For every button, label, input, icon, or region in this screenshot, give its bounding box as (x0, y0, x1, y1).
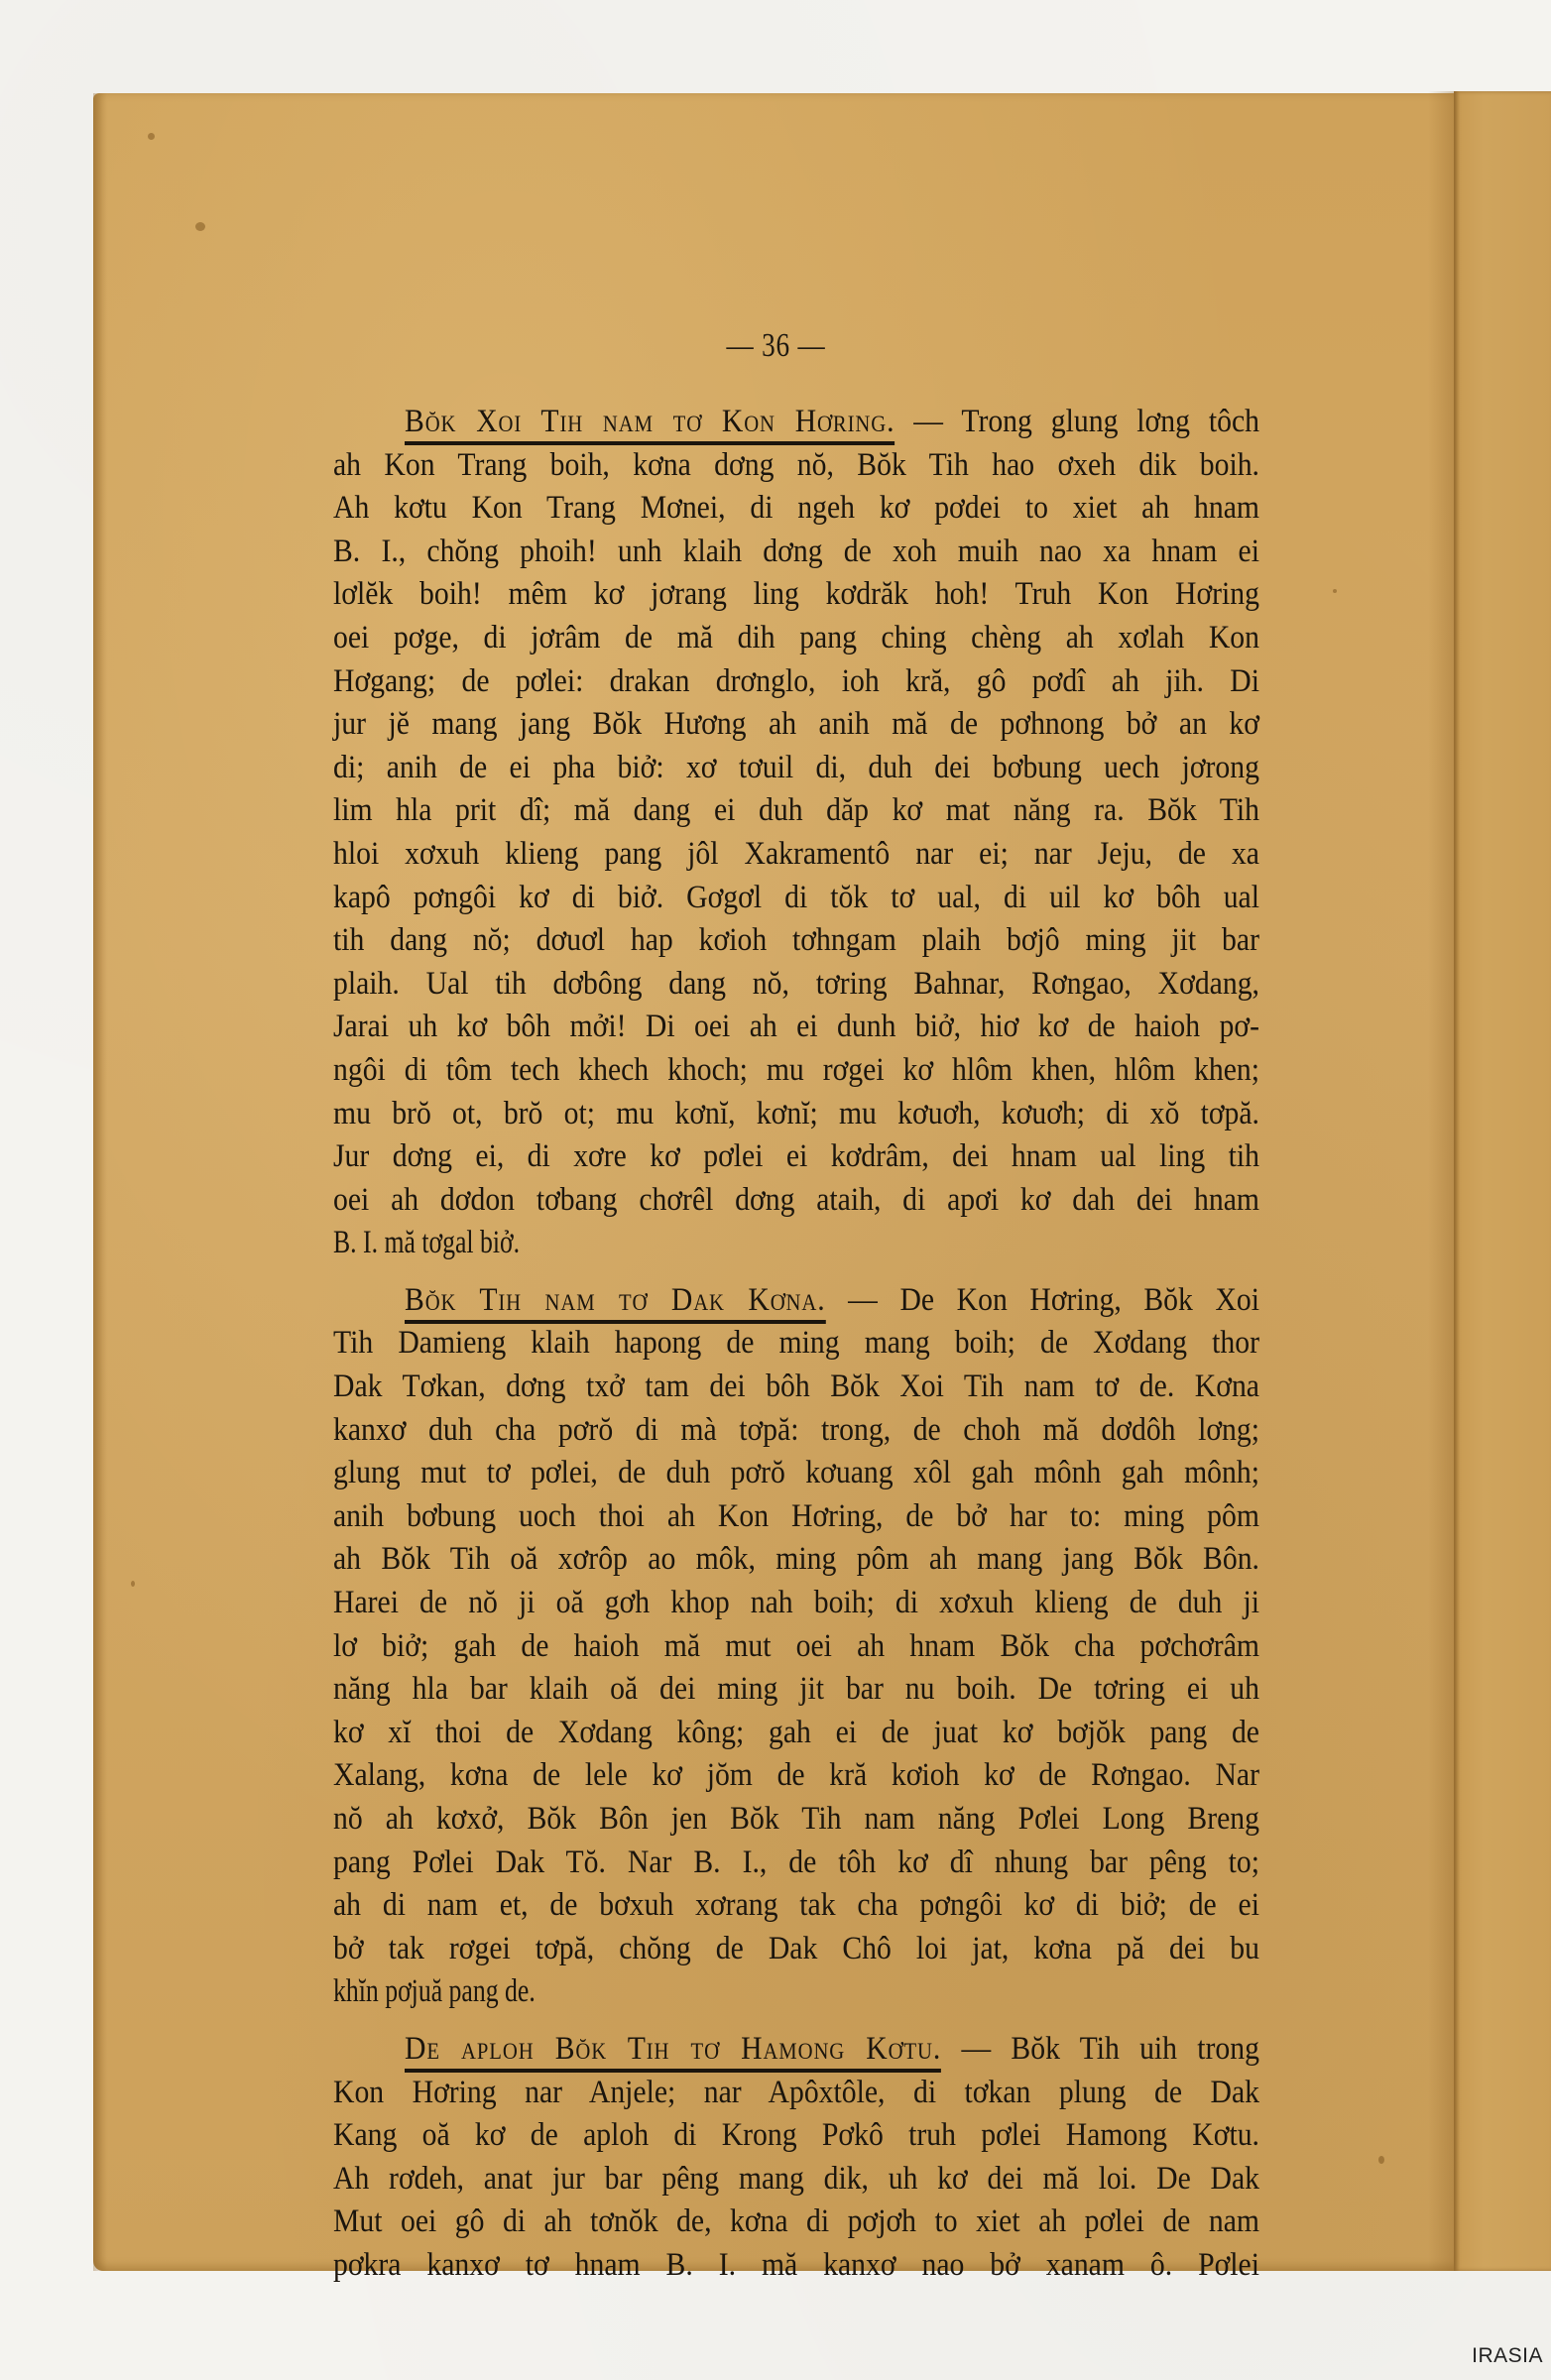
text-line: lim hla prit dî; mă dang ei duh dăp kơ m… (333, 789, 1259, 833)
text-line: jur jĕ mang jang Bŏk Hương ah anih mă de… (333, 703, 1259, 747)
text-line: oei ah dơdon tơbang chơrêl dơng ataih, d… (333, 1179, 1259, 1223)
text-line: lơ biở; gah de haioh mă mut oei ah hnam … (333, 1625, 1259, 1669)
section-heading: De aploh Bŏk Tih tơ Hamong Kơtu. (405, 2031, 941, 2073)
text-line: Ah rơdeh, anat jur bar pêng mang dik, uh… (333, 2158, 1259, 2201)
text-line: hloi xơxuh klieng pang jôl Xakramentô na… (333, 833, 1259, 877)
text-line: Kon Hơring nar Anjele; nar Apôxtôle, di … (333, 2072, 1259, 2115)
text-line: ah Bŏk Tih oă xơrôp ao môk, ming pôm ah … (333, 1538, 1259, 1582)
text-line: mu brŏ ot, brŏ ot; mu kơnĭ, kơnĭ; mu kơu… (333, 1093, 1259, 1136)
text-line: plaih. Ual tih dơbông dang nŏ, tơring Ba… (333, 963, 1259, 1007)
text-line: ah di nam et, de bơxuh xơrang tak cha pơ… (333, 1884, 1259, 1928)
text-line: B. I., chŏng phoih! unh klaih dơng de xo… (333, 531, 1259, 574)
foxing-spot (195, 222, 205, 231)
text-line: pơkra kanxơ tơ hnam B. I. mă kanxơ nao b… (333, 2244, 1259, 2288)
text-line: tih dang nŏ; dơuơl hap kơioh tơhngam pla… (333, 919, 1259, 963)
text-line: kơ xĭ thoi de Xơdang kông; gah ei de jua… (333, 1712, 1259, 1755)
section: Bŏk Xoi Tih nam tơ Kon Hơring. — Trong g… (333, 401, 1259, 1265)
section-heading: Bŏk Tih nam tơ Dak Kơna. (405, 1282, 826, 1324)
text-line: De aploh Bŏk Tih tơ Hamong Kơtu. — Bŏk T… (333, 2028, 1259, 2072)
text-line: Hơgang; de pơlei: drakan drơnglo, ioh kr… (333, 660, 1259, 704)
foxing-spot (1333, 589, 1337, 593)
text-line: Bŏk Tih nam tơ Dak Kơna. — De Kon Hơring… (333, 1279, 1259, 1323)
section: Bŏk Tih nam tơ Dak Kơna. — De Kon Hơring… (333, 1279, 1259, 2014)
watermark: IRASIA (1472, 2344, 1543, 2368)
text-line: pang Pơlei Dak Tŏ. Nar B. I., de tôh kơ … (333, 1842, 1259, 1885)
text-line: B. I. mă tơgal biở. (333, 1222, 1259, 1265)
text-line: glung mut tơ pơlei, de duh pơrŏ kơuang x… (333, 1452, 1259, 1495)
section: De aploh Bŏk Tih tơ Hamong Kơtu. — Bŏk T… (333, 2028, 1259, 2288)
text-line: ngôi di tôm tech khech khoch; mu rơgei k… (333, 1049, 1259, 1093)
foxing-spot (148, 133, 155, 140)
text-line: Mut oei gô di ah tơnŏk de, kơna di pơjơh… (333, 2201, 1259, 2244)
text-line: năng hla bar klaih oă dei ming jit bar n… (333, 1668, 1259, 1712)
text-line: kapô pơngôi kơ di biở. Gơgơl di tŏk tơ u… (333, 877, 1259, 920)
text-line: Dak Tơkan, dơng txở tam dei bôh Bŏk Xoi … (333, 1366, 1259, 1409)
text-line: anih bơbung uoch thoi ah Kon Hơring, de … (333, 1495, 1259, 1539)
page-left-edge (93, 93, 107, 2271)
text-line: Xalang, kơna de lele kơ jŏm de kră kơioh… (333, 1754, 1259, 1798)
body-text: Bŏk Xoi Tih nam tơ Kon Hơring. — Trong g… (333, 401, 1259, 2288)
text-line: oei pơge, di jơrâm de mă dih pang ching … (333, 617, 1259, 660)
text-line: kanxơ duh cha pơrŏ di mà tơpă: trong, de… (333, 1409, 1259, 1453)
text-line: khĭn pơjuă pang de. (333, 1970, 1259, 2014)
text-line: Tih Damieng klaih hapong de ming mang bo… (333, 1322, 1259, 1366)
text-line: Harei de nŏ ji oă gơh khop nah boih; di … (333, 1582, 1259, 1625)
text-line: lơlĕk boih! mêm kơ jơrang ling kơdrăk ho… (333, 573, 1259, 617)
text-line: nŏ ah kơxở, Bŏk Bôn jen Bŏk Tih nam năng… (333, 1798, 1259, 1842)
text-line: bở tak rơgei tơpă, chŏng de Dak Chô loi … (333, 1928, 1259, 1971)
page-number: — 36 — (0, 327, 1551, 365)
foxing-spot (131, 1581, 135, 1587)
text-line: ah Kon Trang boih, kơna dơng nŏ, Bŏk Tih… (333, 444, 1259, 488)
text-line: di; anih de ei pha biở: xơ tơuil di, duh… (333, 747, 1259, 790)
text-line: Bŏk Xoi Tih nam tơ Kon Hơring. — Trong g… (333, 401, 1259, 444)
section-heading: Bŏk Xoi Tih nam tơ Kon Hơring. (405, 404, 895, 445)
text-line: Jarai uh kơ bôh mởi! Di oei ah ei dunh b… (333, 1006, 1259, 1049)
text-line: Ah kơtu Kon Trang Mơnei, di ngeh kơ pơde… (333, 487, 1259, 531)
fold-shadow (1428, 91, 1456, 2271)
binding-strip (1454, 91, 1551, 2271)
foxing-spot (1378, 2156, 1384, 2164)
text-line: Jur dơng ei, di xơre kơ pơlei ei kơdrâm,… (333, 1135, 1259, 1179)
text-line: Kang oă kơ de aploh di Krong Pơkô truh p… (333, 2114, 1259, 2158)
